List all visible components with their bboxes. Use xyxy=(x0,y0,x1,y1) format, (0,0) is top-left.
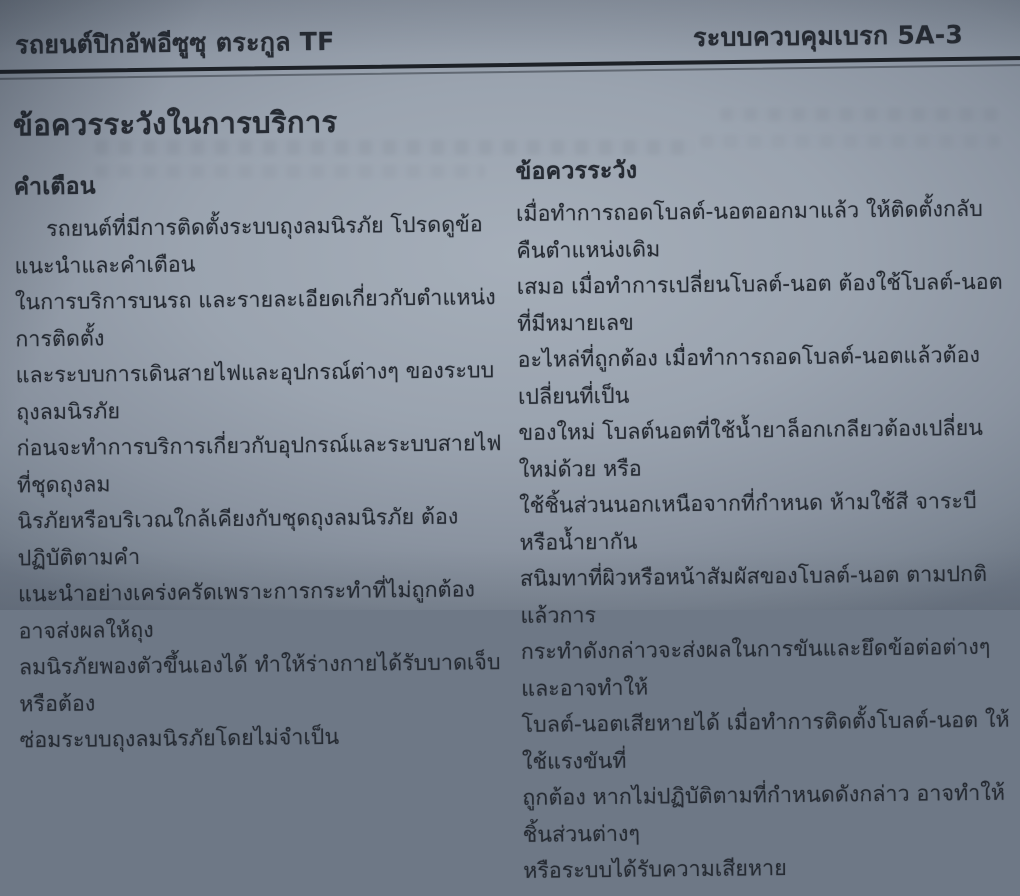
warning-column: คำเตือน รถยนต์ที่มีการติดตั้งระบบถุงลมนิ… xyxy=(8,152,507,610)
header-vehicle-title: รถยนต์ปิกอัพอีซูซุ ตระกูล TF xyxy=(15,22,335,65)
two-column-text: คำเตือน รถยนต์ที่มีการติดตั้งระบบถุงลมนิ… xyxy=(8,147,1014,610)
caution-heading: ข้อควรระวัง xyxy=(515,149,1006,190)
warning-paragraph: รถยนต์ที่มีการติดตั้งระบบถุงลมนิรภัย โปร… xyxy=(14,207,506,610)
caution-column: ข้อควรระวัง เมื่อทำการถอดโบลต์-นอตออกมาแ… xyxy=(515,147,1014,610)
warning-heading: คำเตือน xyxy=(14,164,500,205)
scanned-manual-page: รถยนต์ปิกอัพอีซูซุ ตระกูล TF ระบบควบคุมเ… xyxy=(0,0,1020,610)
section-title: ข้อควรระวังในการบริการ xyxy=(13,99,338,149)
caution-paragraph: เมื่อทำการถอดโบลต์-นอตออกมาแล้ว ให้ติดตั… xyxy=(516,192,1014,610)
header-section-page-number: ระบบควบคุมเบรก 5A-3 xyxy=(693,15,963,58)
page-content: รถยนต์ปิกอัพอีซูซุ ตระกูล TF ระบบควบคุมเ… xyxy=(0,0,1020,610)
